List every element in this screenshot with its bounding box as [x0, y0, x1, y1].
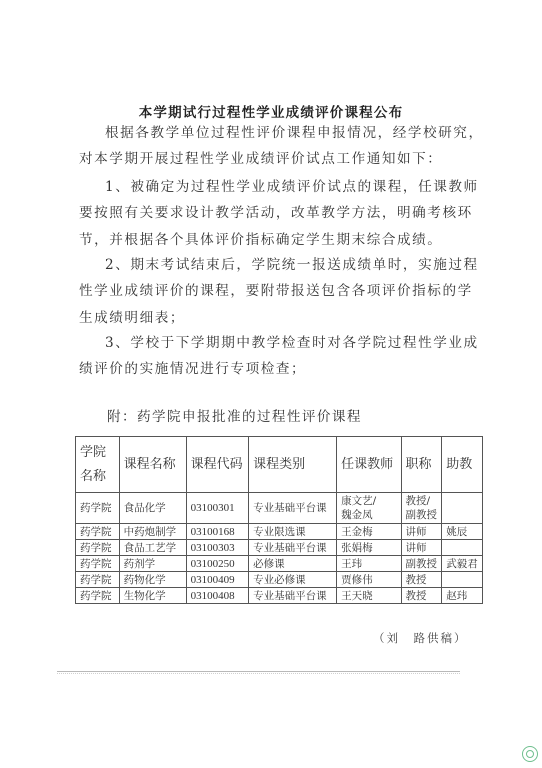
cell-teacher: 王玮	[337, 556, 401, 572]
cell-course-code: 03100301	[186, 493, 248, 524]
table-row: 药学院 食品化学 03100301 专业基础平台课 康文艺/ 魏金凤 教授/ 副…	[76, 493, 483, 524]
item-2-line-1: 2、期末考试结束后，学院统一报送成绩单时，实施过程	[79, 252, 489, 278]
cell-college: 药学院	[76, 572, 120, 588]
item-1-line-2: 要按照有关要求设计教学活动，改革教学方法，明确考核环	[79, 200, 489, 226]
cell-course-type: 专业必修课	[249, 572, 337, 588]
cell-course-type: 必修课	[249, 556, 337, 572]
cell-title: 讲师	[401, 540, 442, 556]
university-seal-icon	[522, 746, 538, 762]
author-credit: （刘 路供稿）	[373, 630, 468, 646]
item-1-line-3: 节，并根据各个具体评价指标确定学生期末综合成绩。	[79, 227, 489, 253]
cell-teacher: 康文艺/ 魏金凤	[337, 493, 401, 524]
cell-assistant	[442, 540, 483, 556]
cell-course-code: 03100168	[186, 524, 248, 540]
table-row: 药学院 食品工艺学 03100303 专业基础平台课 张娟梅 讲师	[76, 540, 483, 556]
cell-title: 教授	[401, 588, 442, 604]
cell-teacher: 王天晓	[337, 588, 401, 604]
footer-divider-dotted	[57, 673, 460, 674]
cell-title: 教授/ 副教授	[401, 493, 442, 524]
item-3-line-1: 3、学校于下学期期中教学检查时对各学院过程性学业成	[79, 330, 489, 356]
cell-college: 药学院	[76, 556, 120, 572]
table-header-row: 学院 名称 课程名称 课程代码 课程类别 任课教师 职称 助教	[76, 437, 483, 493]
cell-course-type: 专业限选课	[249, 524, 337, 540]
cell-course-code: 03100408	[186, 588, 248, 604]
item-2-paragraph: 2、期末考试结束后，学院统一报送成绩单时，实施过程 性学业成绩评价的课程，要附带…	[79, 252, 489, 331]
item-1-line-1: 1、被确定为过程性学业成绩评价试点的课程，任课教师	[79, 174, 489, 200]
header-assistant: 助教	[442, 437, 483, 493]
cell-course-name: 药物化学	[119, 572, 186, 588]
footer-divider	[57, 671, 460, 672]
page-title: 本学期试行过程性学业成绩评价课程公布	[0, 101, 542, 121]
table-row: 药学院 生物化学 03100408 专业基础平台课 王天晓 教授 赵玮	[76, 588, 483, 604]
course-table: 学院 名称 课程名称 课程代码 课程类别 任课教师 职称 助教 药学院 食品化学…	[75, 436, 483, 604]
cell-title: 教授	[401, 572, 442, 588]
cell-assistant	[442, 493, 483, 524]
intro-paragraph: 根据各教学单位过程性评价课程申报情况，经学校研究， 对本学期开展过程性学业成绩评…	[79, 120, 489, 173]
item-2-line-2: 性学业成绩评价的课程，要附带报送包含各项评价指标的学	[79, 278, 489, 304]
intro-line-1: 根据各教学单位过程性评价课程申报情况，经学校研究，	[79, 120, 489, 146]
cell-assistant: 赵玮	[442, 588, 483, 604]
cell-course-name: 食品化学	[119, 493, 186, 524]
header-college: 学院 名称	[76, 437, 120, 493]
item-3-line-2: 绩评价的实施情况进行专项检查；	[79, 356, 489, 382]
cell-course-type: 专业基础平台课	[249, 540, 337, 556]
header-course-code: 课程代码	[186, 437, 248, 493]
item-1-paragraph: 1、被确定为过程性学业成绩评价试点的课程，任课教师 要按照有关要求设计教学活动，…	[79, 174, 489, 253]
cell-course-type: 专业基础平台课	[249, 588, 337, 604]
cell-course-code: 03100409	[186, 572, 248, 588]
cell-college: 药学院	[76, 524, 120, 540]
cell-course-type: 专业基础平台课	[249, 493, 337, 524]
cell-course-name: 生物化学	[119, 588, 186, 604]
cell-college: 药学院	[76, 540, 120, 556]
header-teacher: 任课教师	[337, 437, 401, 493]
cell-teacher: 贾修伟	[337, 572, 401, 588]
cell-assistant	[442, 572, 483, 588]
cell-college: 药学院	[76, 493, 120, 524]
cell-course-name: 药剂学	[119, 556, 186, 572]
cell-college: 药学院	[76, 588, 120, 604]
table-row: 药学院 药物化学 03100409 专业必修课 贾修伟 教授	[76, 572, 483, 588]
cell-title: 讲师	[401, 524, 442, 540]
item-3-paragraph: 3、学校于下学期期中教学检查时对各学院过程性学业成 绩评价的实施情况进行专项检查…	[79, 330, 489, 383]
cell-course-code: 03100250	[186, 556, 248, 572]
item-2-line-3: 生成绩明细表；	[79, 305, 489, 331]
table-row: 药学院 药剂学 03100250 必修课 王玮 副教授 武毅君	[76, 556, 483, 572]
cell-course-name: 中药炮制学	[119, 524, 186, 540]
seal-inner-ring	[526, 750, 534, 758]
table-row: 药学院 中药炮制学 03100168 专业限选课 王金梅 讲师 姚辰	[76, 524, 483, 540]
appendix-label: 附：药学院申报批准的过程性评价课程	[107, 405, 362, 425]
cell-teacher: 张娟梅	[337, 540, 401, 556]
header-course-type: 课程类别	[249, 437, 337, 493]
cell-teacher: 王金梅	[337, 524, 401, 540]
intro-line-2: 对本学期开展过程性学业成绩评价试点工作通知如下：	[79, 146, 489, 172]
cell-course-name: 食品工艺学	[119, 540, 186, 556]
cell-assistant: 武毅君	[442, 556, 483, 572]
header-title: 职称	[401, 437, 442, 493]
cell-course-code: 03100303	[186, 540, 248, 556]
cell-assistant: 姚辰	[442, 524, 483, 540]
header-course-name: 课程名称	[119, 437, 186, 493]
cell-title: 副教授	[401, 556, 442, 572]
